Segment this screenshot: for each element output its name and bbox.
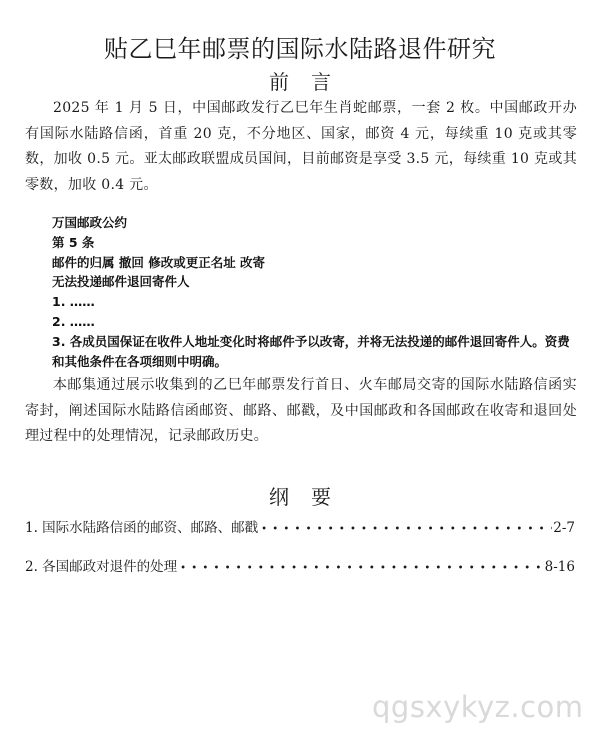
preface-heading-char-1: 前 <box>269 70 289 94</box>
watermark: qgsxykyz.com <box>372 690 584 724</box>
quote-subtitle: 无法投递邮件退回寄件人 <box>52 272 580 292</box>
quote-article-title: 邮件的归属 撤回 修改或更正名址 改寄 <box>52 253 580 273</box>
preface-summary-paragraph: 本邮集通过展示收集到的乙巳年邮票发行首日、火车邮局交寄的国际水陆路信函实寄封，阐… <box>25 373 577 450</box>
toc-entry-pages: 2-7 <box>553 518 575 538</box>
quote-article-number: 第 5 条 <box>52 233 580 253</box>
quote-item-2: 2. …… <box>52 312 580 332</box>
toc-dot-leader: •••••••••••••••••••••••••••••••••••••••• <box>261 520 552 540</box>
quote-source: 万国邮政公约 <box>52 213 580 233</box>
quote-item-3: 3. 各成员国保证在收件人地址变化时将邮件予以改寄，并将无法投递的邮件退回寄件人… <box>52 332 580 372</box>
preface-heading: 前言 <box>0 70 600 94</box>
toc-dot-leader: ••••••••••••••••••••••••••••••••••••••••… <box>180 559 543 579</box>
outline-heading-char-2: 要 <box>311 485 331 509</box>
preface-heading-char-2: 言 <box>311 70 331 94</box>
toc-entry-label: 2. 各国邮政对退件的处理 <box>25 557 177 577</box>
toc-entry: 2. 各国邮政对退件的处理 ••••••••••••••••••••••••••… <box>25 557 575 577</box>
toc-entry: 1. 国际水陆路信函的邮资、邮路、邮戳 ••••••••••••••••••••… <box>25 518 575 538</box>
quote-item-1: 1. …… <box>52 292 580 312</box>
page-title: 贴乙巳年邮票的国际水陆路退件研究 <box>0 34 600 64</box>
preface-intro-paragraph: 2025 年 1 月 5 日，中国邮政发行乙巳年生肖蛇邮票，一套 2 枚。中国邮… <box>25 96 577 198</box>
outline-heading-char-1: 纲 <box>269 485 289 509</box>
toc-entry-label: 1. 国际水陆路信函的邮资、邮路、邮戳 <box>25 518 258 538</box>
upu-convention-quote: 万国邮政公约 第 5 条 邮件的归属 撤回 修改或更正名址 改寄 无法投递邮件退… <box>52 213 580 371</box>
outline-heading: 纲要 <box>0 485 600 509</box>
toc-entry-pages: 8-16 <box>545 557 575 577</box>
